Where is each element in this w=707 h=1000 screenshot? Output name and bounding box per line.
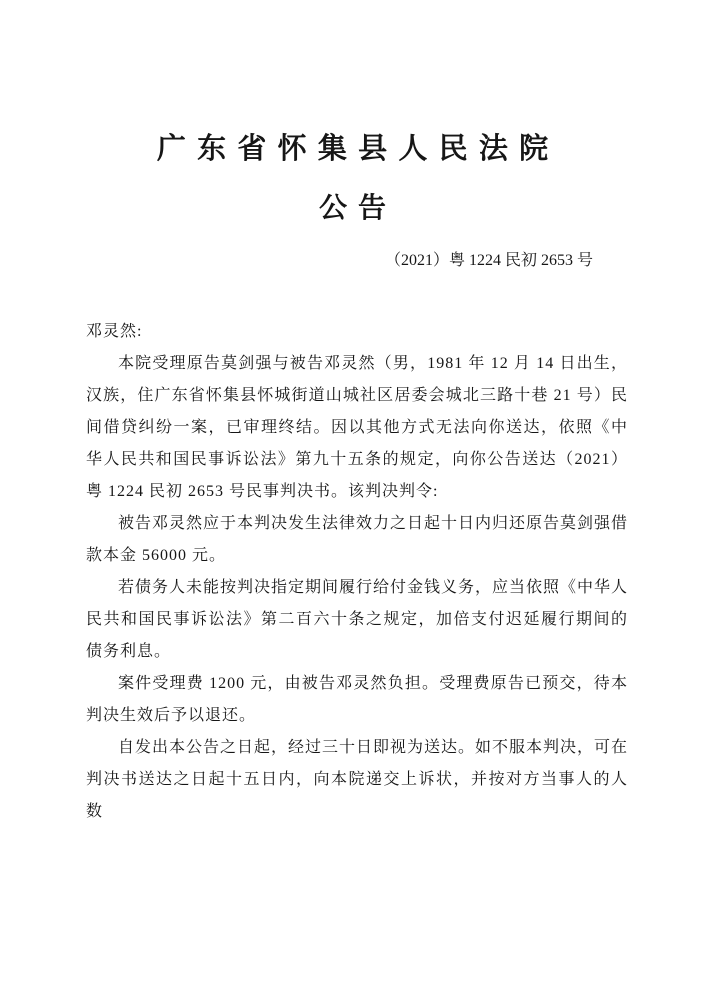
announcement-body: 邓灵然: 本院受理原告莫剑强与被告邓灵然（男，1981 年 12 月 14 日出… [86, 316, 628, 828]
salutation: 邓灵然: [86, 316, 628, 348]
body-paragraph: 自发出本公告之日起，经过三十日即视为送达。如不服本判决，可在判决书送达之日起十五… [86, 732, 628, 828]
announcement-page: 广 东 省 怀 集 县 人 民 法 院 公 告 （2021）粤 1224 民初 … [0, 0, 707, 1000]
body-paragraph: 案件受理费 1200 元，由被告邓灵然负担。受理费原告已预交，待本判决生效后予以… [86, 668, 628, 732]
body-paragraph: 本院受理原告莫剑强与被告邓灵然（男，1981 年 12 月 14 日出生，汉族，… [86, 348, 628, 508]
body-paragraph: 若债务人未能按判决指定期间履行给付金钱义务，应当依照《中华人民共和国民事诉讼法》… [86, 572, 628, 668]
case-number: （2021）粤 1224 民初 2653 号 [0, 251, 593, 272]
court-name-heading: 广 东 省 怀 集 县 人 民 法 院 [0, 0, 707, 169]
announcement-title: 公 告 [0, 191, 707, 227]
body-paragraph: 被告邓灵然应于本判决发生法律效力之日起十日内归还原告莫剑强借款本金 56000 … [86, 508, 628, 572]
